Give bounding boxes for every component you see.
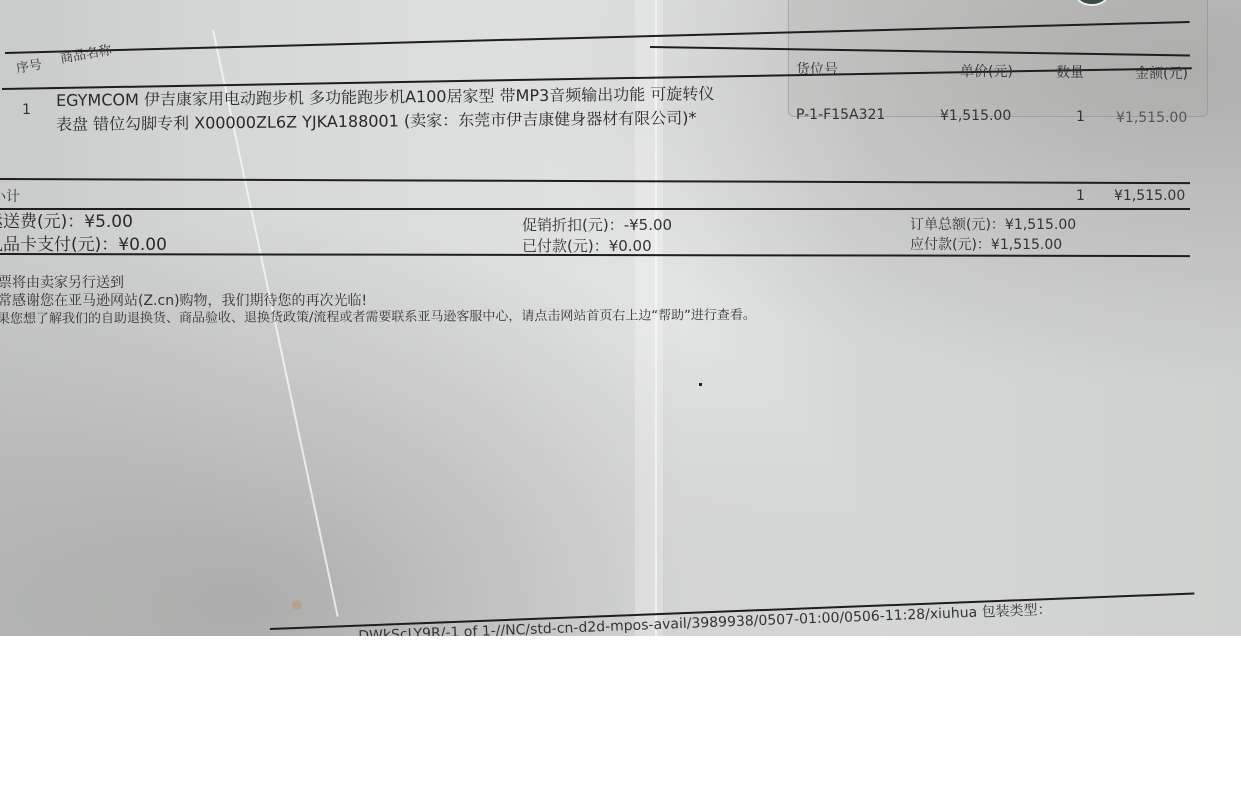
item-unit-price: ¥1,515.00 bbox=[940, 108, 1011, 124]
shipping-fee: 运送费(元)：¥5.00 bbox=[0, 207, 133, 232]
folded-flap bbox=[788, 0, 1208, 117]
paper-stain bbox=[292, 600, 302, 610]
col-header-index: 序号 bbox=[14, 54, 43, 77]
item-amount: ¥1,515.00 bbox=[1116, 110, 1187, 126]
col-header-location: 货位号 bbox=[796, 59, 838, 79]
amount-due: 应付款(元)：¥1,515.00 bbox=[910, 234, 1062, 254]
col-header-name: 商品名称 bbox=[58, 39, 113, 67]
packing-slip-photo: 序号 商品名称 货位号 单价(元) 数量 金额(元) 1 EGYMCOM 伊吉康… bbox=[0, 0, 1241, 636]
help-note: 如果您想了解我们的自助退换货、商品验收、退换货政策/流程或者需要联系亚马逊客服中… bbox=[0, 304, 756, 327]
item-index: 1 bbox=[22, 102, 31, 118]
gift-card-payment: 礼品卡支付(元)：¥0.00 bbox=[0, 230, 167, 255]
amount-paid: 已付款(元)：¥0.00 bbox=[522, 235, 652, 256]
footer-code: ...DWkScLY9R/-1 of 1-//NC/std-cn-d2d-mpo… bbox=[345, 599, 1052, 636]
col-header-unit-price: 单价(元) bbox=[960, 61, 1013, 81]
col-header-amount: 金额(元) bbox=[1135, 63, 1188, 83]
invoice-note: 发票将由卖家另行送到 bbox=[0, 272, 124, 292]
subtotal-label: 小计 bbox=[0, 186, 20, 206]
subtotal-bottom-rule bbox=[0, 208, 1190, 210]
subtotal-quantity: 1 bbox=[1076, 188, 1085, 204]
row-bottom-rule bbox=[0, 178, 1190, 184]
ink-dot bbox=[699, 383, 702, 386]
item-quantity: 1 bbox=[1076, 109, 1085, 125]
promo-discount: 促销折扣(元)：-¥5.00 bbox=[522, 214, 672, 235]
col-header-quantity: 数量 bbox=[1056, 62, 1084, 82]
subtotal-amount: ¥1,515.00 bbox=[1114, 188, 1185, 204]
item-location: P-1-F15A321 bbox=[796, 107, 885, 123]
order-total: 订单总额(元)：¥1,515.00 bbox=[910, 214, 1076, 234]
